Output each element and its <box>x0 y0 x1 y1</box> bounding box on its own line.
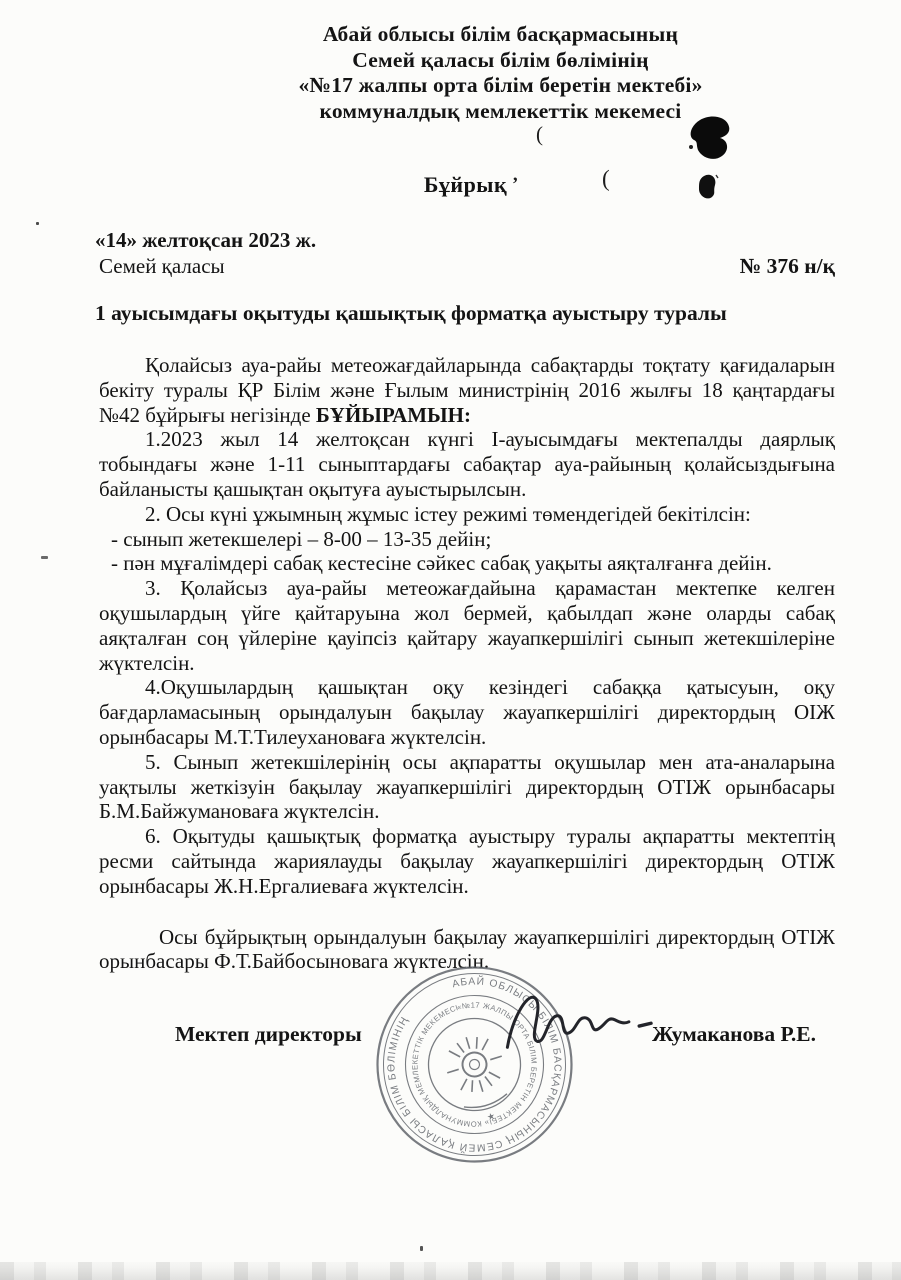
scan-noise-strip <box>0 1262 901 1280</box>
order-date: «14» желтоқсан 2023 ж. <box>95 228 316 253</box>
organization-header: Абай облысы білім басқармасыныңСемей қал… <box>130 22 871 124</box>
order-subject: 1 ауысымдағы оқытуды қашықтық форматқа а… <box>95 301 851 326</box>
paragraph-text: 6. Оқытуды қашықтық форматқа ауыстыру ту… <box>99 824 835 898</box>
order-paragraph: 1.2023 жыл 14 желтоқсан күнгі І-ауысымда… <box>99 427 835 501</box>
signer-role-label: Мектеп директоры <box>175 1022 362 1047</box>
order-paragraph: 4.Оқушылардың қашықтан оқу кезіндегі саб… <box>99 675 835 749</box>
order-paragraph: 2. Осы күні ұжымның жұмыс істеу режимі т… <box>99 502 835 527</box>
paragraph-text: 2. Осы күні ұжымның жұмыс істеу режимі т… <box>145 502 751 526</box>
ink-blot-icon <box>686 114 732 164</box>
stray-paren-mark: ( <box>602 166 610 192</box>
director-signature <box>495 974 671 1076</box>
organization-header-line: Абай облысы білім басқармасының <box>130 22 871 48</box>
paragraph-bold-text: БҰЙЫРАМЫН: <box>316 403 471 427</box>
paragraph-text: 4.Оқушылардың қашықтан оқу кезіндегі саб… <box>99 675 835 749</box>
order-number: № 376 н/қ <box>740 254 835 279</box>
paragraph-text: - пән мұғалімдері сабақ кестесіне сәйкес… <box>111 551 772 575</box>
order-body: Қолайсыз ауа-райы метеожағдайларында саб… <box>99 353 835 974</box>
order-city: Семей қаласы <box>99 254 225 279</box>
scanned-order-page: Абай облысы білім басқармасыныңСемей қал… <box>0 0 901 1280</box>
scan-speck <box>420 1246 423 1251</box>
organization-header-line: коммуналдық мемлекеттік мекемесі <box>130 99 871 125</box>
organization-header-line: «№17 жалпы орта білім беретін мектебі» <box>130 73 871 99</box>
order-paragraph: Қолайсыз ауа-райы метеожағдайларында саб… <box>99 353 835 427</box>
paragraph-text: 1.2023 жыл 14 желтоқсан күнгі І-ауысымда… <box>99 427 835 501</box>
order-paragraph: 5. Сынып жетекшілерінің осы ақпаратты оқ… <box>99 750 835 824</box>
order-paragraph: - сынып жетекшелері – 8-00 – 13-35 дейін… <box>99 527 835 552</box>
paragraph-text: 5. Сынып жетекшілерінің осы ақпаратты оқ… <box>99 750 835 824</box>
scan-speck <box>41 556 48 559</box>
ink-blot-icon <box>694 172 720 200</box>
organization-header-line: Семей қаласы білім бөлімінің <box>130 48 871 74</box>
stray-apostrophe-mark: ʼ <box>512 174 518 196</box>
order-paragraph: - пән мұғалімдері сабақ кестесіне сәйкес… <box>99 551 835 576</box>
stray-paren-mark: ( <box>536 122 543 147</box>
order-paragraph: 3. Қолайсыз ауа-райы метеожағдайына қара… <box>99 576 835 675</box>
scan-speck <box>36 222 39 225</box>
paragraph-text: 3. Қолайсыз ауа-райы метеожағдайына қара… <box>99 576 835 674</box>
paragraph-text: - сынып жетекшелері – 8-00 – 13-35 дейін… <box>111 527 491 551</box>
order-title: Бұйрық <box>30 172 901 198</box>
signer-name: Жумаканова Р.Е. <box>652 1022 816 1047</box>
order-paragraph: 6. Оқытуды қашықтық форматқа ауыстыру ту… <box>99 824 835 898</box>
